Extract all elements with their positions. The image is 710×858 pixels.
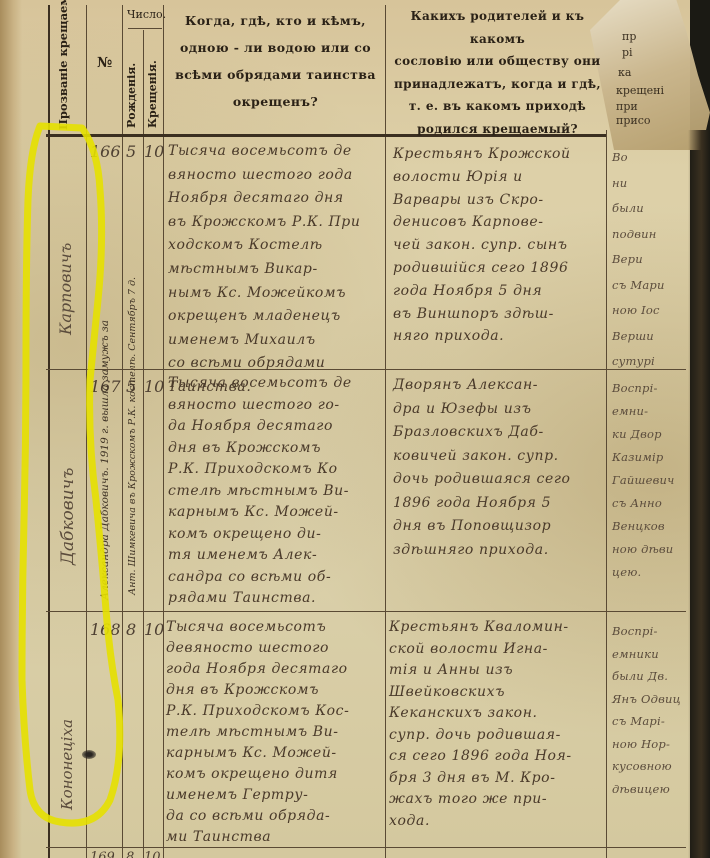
- parents-text: Крестьянъ Кваломин- ской волости Игна- т…: [389, 617, 572, 832]
- text-line: вяносто шестого го-: [168, 395, 352, 417]
- parents-text: Крестьянъ Крожской волости Юрія и Варвар…: [393, 143, 571, 348]
- text-line: сандра со всѣми об-: [168, 567, 352, 589]
- text-line: ною Нор-: [612, 733, 681, 756]
- text-line: тія и Анны изъ: [389, 660, 572, 682]
- page-right-edge: [688, 130, 710, 858]
- when-where-text: Тысяча восемьсотъ де вяносто шестого год…: [168, 140, 360, 400]
- header-when-where-line: одною - ли водою или со: [168, 34, 383, 61]
- row-divider-167-168: [46, 611, 686, 612]
- text-line: да Ноября десятаго: [168, 416, 352, 438]
- surname: Кононеціха: [58, 640, 76, 810]
- birth-day: 8: [126, 850, 134, 858]
- torn-text-6: присо: [616, 114, 651, 128]
- row-divider-166-167: [46, 369, 686, 370]
- text-line: рядами Таинства.: [168, 588, 352, 610]
- entry-number: 166: [90, 142, 121, 161]
- ink-blot: [82, 750, 96, 759]
- text-line: Воспрі-: [612, 620, 681, 643]
- text-line: родившійся сего 1896: [393, 257, 571, 280]
- text-line: ною дѣви: [612, 538, 674, 561]
- text-line: да со всѣми обряда-: [166, 806, 349, 827]
- header-number: №: [97, 55, 112, 71]
- text-line: года Ноября десятаго: [166, 659, 349, 680]
- torn-text-1: пр: [622, 30, 636, 44]
- torn-text-4: крещені: [616, 84, 664, 98]
- text-line: здѣшняго прихода.: [393, 539, 571, 563]
- text-line: Тысяча восемьсотъ: [166, 617, 349, 638]
- text-line: ской волости Игна-: [389, 639, 572, 661]
- text-line: Вери: [612, 247, 665, 273]
- text-line: Венцков: [612, 515, 674, 538]
- text-line: ною Іос: [612, 298, 665, 324]
- text-line: денисовъ Карпове-: [393, 211, 571, 234]
- header-birth: Рожденія.: [125, 40, 138, 128]
- text-line: именемъ Михаилъ: [168, 329, 360, 353]
- text-line: Тысяча восемьсотъ де: [168, 373, 352, 395]
- text-line: ся сего 1896 года Ноя-: [389, 746, 572, 768]
- text-line: девяносто шестого: [166, 638, 349, 659]
- text-line: въ Крожскомъ Р.К. При: [168, 211, 360, 235]
- text-line: ни: [612, 171, 665, 197]
- text-line: Дворянъ Алексан-: [393, 374, 571, 398]
- text-line: ки Двор: [612, 423, 674, 446]
- text-line: сутурі: [612, 349, 665, 375]
- text-line: кусовною: [612, 755, 681, 778]
- col-border-parents-godparents: [606, 130, 607, 858]
- text-line: съ Марі-: [612, 710, 681, 733]
- text-line: съ Мари: [612, 273, 665, 299]
- text-line: телѣ мѣстнымъ Ви-: [166, 722, 349, 743]
- row-divider-168-169: [46, 847, 686, 848]
- text-line: Швейковскихъ: [389, 682, 572, 704]
- when-where-text: Тысяча восемьсотъ де вяносто шестого го-…: [168, 373, 352, 610]
- text-line: Крестьянъ Крожской: [393, 143, 571, 166]
- header-when-where-line: Когда, гдѣ, кто и кѣмъ,: [168, 7, 383, 34]
- text-line: дня въ Поповщизор: [393, 515, 571, 539]
- baptism-day: 10: [144, 377, 164, 396]
- text-line: дня въ Крожскомъ: [166, 680, 349, 701]
- header-surname: Прозваніе крещаемыхъ: [56, 8, 70, 130]
- text-line: вяносто шестого года: [168, 164, 360, 188]
- entry-number: 169: [90, 850, 115, 858]
- torn-text-5: при: [616, 100, 638, 114]
- text-line: комъ окрещено дитя: [166, 764, 349, 785]
- parents-text: Дворянъ Алексан- дра и Юзефы изъ Бразлов…: [393, 374, 571, 562]
- text-line: Варвары изъ Скро-: [393, 189, 571, 212]
- col-border-number-birth: [122, 5, 123, 858]
- header-date-group: Число.: [127, 8, 166, 21]
- text-line: Во: [612, 145, 665, 171]
- header-parents-line: Какихъ родителей и къ какомъ: [390, 5, 605, 50]
- text-line: въ Виншпоръ здѣш-: [393, 303, 571, 326]
- text-line: Верши: [612, 324, 665, 350]
- text-line: дра и Юзефы изъ: [393, 398, 571, 422]
- text-line: дня въ Крожскомъ: [168, 438, 352, 460]
- header-parents-line: т. е. въ какомъ приходѣ: [390, 95, 605, 118]
- header-parents-line: сословію или обществу они: [390, 50, 605, 73]
- text-line: Р.К. Приходскомъ Кос-: [166, 701, 349, 722]
- text-line: окрещенъ младенецъ: [168, 305, 360, 329]
- text-line: были: [612, 196, 665, 222]
- baptism-day: 10: [144, 620, 164, 639]
- text-line: Янъ Одвиц: [612, 688, 681, 711]
- text-line: мѣстнымъ Викар-: [168, 258, 360, 282]
- text-line: жахъ того же при-: [389, 789, 572, 811]
- text-line: комъ окрещено ди-: [168, 524, 352, 546]
- text-line: дочь родившаяся сего: [393, 468, 571, 492]
- col-border-left: [48, 5, 50, 858]
- header-parents-line: родился крещаемый?: [390, 118, 605, 141]
- text-line: Казимір: [612, 446, 674, 469]
- text-line: съ Анно: [612, 492, 674, 515]
- chislo-underline: [128, 28, 162, 29]
- text-line: дѣвицею: [612, 778, 681, 801]
- header-parents-line: принадлежатъ, когда и гдѣ,: [390, 73, 605, 96]
- header-when-where: Когда, гдѣ, кто и кѣмъ, одною - ли водою…: [168, 7, 383, 115]
- text-line: чей закон. супр. сынъ: [393, 234, 571, 257]
- text-line: тя именемъ Алек-: [168, 545, 352, 567]
- margin-note-line-1: Александра Дабковичъ. 1919 г. вышла заму…: [99, 395, 111, 600]
- text-line: Бразловскихъ Даб-: [393, 421, 571, 445]
- text-line: стелѣ мѣстнымъ Ви-: [168, 481, 352, 503]
- col-border-surname-number: [86, 5, 87, 858]
- text-line: супр. дочь родившая-: [389, 725, 572, 747]
- header-when-where-line: всѣми обрядами таинства: [168, 61, 383, 88]
- text-line: волости Юрія и: [393, 166, 571, 189]
- header-when-where-line: окрещенъ?: [168, 88, 383, 115]
- birth-day: 5: [126, 142, 136, 161]
- margin-note-line-2: Ант. Шимкевича въ Крожскомъ Р.К. костелѣ…: [127, 405, 138, 595]
- text-line: Р.К. Приходскомъ Ко: [168, 459, 352, 481]
- torn-text-3: ка: [618, 66, 631, 80]
- entry-number: 168: [90, 620, 121, 639]
- text-line: года Ноября 5 дня: [393, 280, 571, 303]
- when-where-text: Тысяча восемьсотъ девяносто шестого года…: [166, 617, 349, 848]
- godparents-text: Воспрі- емники были Дв. Янъ Одвиц съ Мар…: [612, 620, 681, 800]
- text-line: Крестьянъ Кваломин-: [389, 617, 572, 639]
- text-line: ковичей закон. супр.: [393, 445, 571, 469]
- torn-text-2: рі: [622, 46, 633, 60]
- text-line: карнымъ Кс. Можей-: [166, 743, 349, 764]
- text-line: карнымъ Кс. Можей-: [168, 502, 352, 524]
- text-line: Кеканскихъ закон.: [389, 703, 572, 725]
- text-line: хода.: [389, 811, 572, 833]
- birth-day: 8: [126, 620, 136, 639]
- baptism-day: 10: [144, 142, 164, 161]
- text-line: емни-: [612, 400, 674, 423]
- text-line: 1896 года Ноября 5: [393, 492, 571, 516]
- text-line: нымъ Кс. Можейкомъ: [168, 282, 360, 306]
- header-parents: Какихъ родителей и къ какомъ сословію ил…: [390, 5, 605, 140]
- text-line: Ноября десятаго дня: [168, 187, 360, 211]
- header-baptism: Крещенія.: [146, 40, 159, 128]
- text-line: именемъ Гертру-: [166, 785, 349, 806]
- text-line: Воспрі-: [612, 377, 674, 400]
- page-left-edge: [0, 0, 22, 858]
- col-border-baptism-when: [163, 5, 164, 858]
- text-line: ходскомъ Костелѣ: [168, 234, 360, 258]
- text-line: бря 3 дня въ М. Кро-: [389, 768, 572, 790]
- godparents-text: Во ни были подвин Вери съ Мари ною Іос В…: [612, 145, 665, 375]
- text-line: цею.: [612, 561, 674, 584]
- text-line: емники: [612, 643, 681, 666]
- baptism-day: 10: [144, 850, 161, 858]
- surname: Дабковичъ: [58, 395, 78, 565]
- text-line: были Дв.: [612, 665, 681, 688]
- text-line: Тысяча восемьсотъ де: [168, 140, 360, 164]
- text-line: подвин: [612, 222, 665, 248]
- text-line: Гайшевич: [612, 469, 674, 492]
- surname: Карповичъ: [56, 175, 75, 335]
- text-line: ми Таинства: [166, 827, 349, 848]
- godparents-text: Воспрі- емни- ки Двор Казимір Гайшевич с…: [612, 377, 674, 584]
- col-border-when-parents: [385, 5, 386, 858]
- text-line: няго прихода.: [393, 325, 571, 348]
